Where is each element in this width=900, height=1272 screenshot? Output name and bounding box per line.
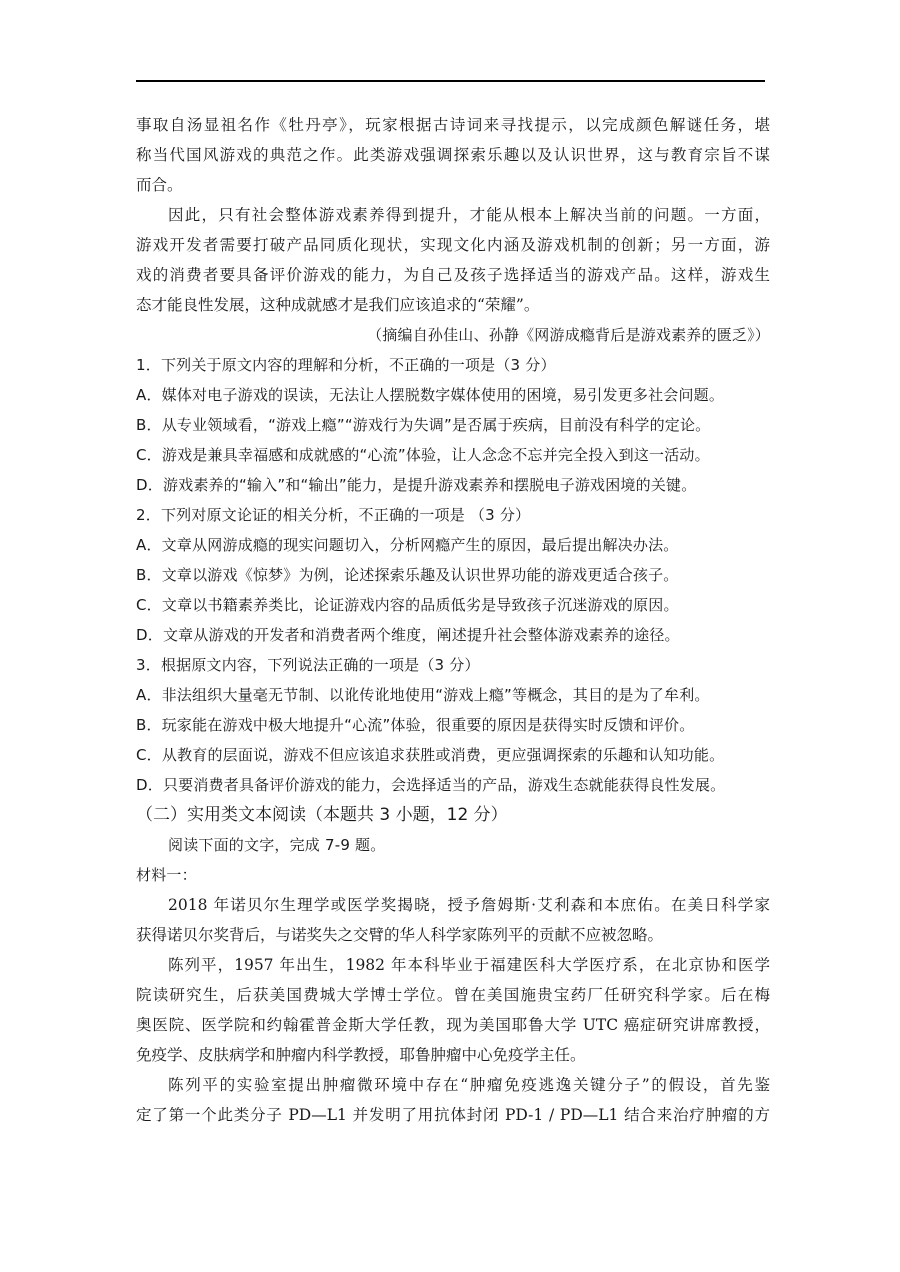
- material-line: 陈列平的实验室提出肿瘤微环境中存在“肿瘤免疫逃逸关键分子”的假设，首先鉴: [136, 1070, 770, 1100]
- section-title: （二）实用类文本阅读（本题共 3 小题，12 分）: [130, 800, 770, 830]
- question-3-option-c: C．从教育的层面说，游戏不但应该追求获胜或消费，更应强调探索的乐趣和认知功能。: [136, 740, 770, 770]
- question-2-stem: 2．下列对原文论证的相关分析，不正确的一项是 （3 分）: [136, 500, 770, 530]
- material-line: 2018 年诺贝尔生理学或医学奖揭晓，授予詹姆斯·艾利森和本庶佑。在美日科学家: [136, 890, 770, 920]
- question-3-option-a: A．非法组织大量毫无节制、以讹传讹地使用“游戏上瘾”等概念，其目的是为了牟利。: [136, 680, 770, 710]
- material-line: 免疫学、皮肤病学和肿瘤内科学教授，耶鲁肿瘤中心免疫学主任。: [136, 1040, 770, 1070]
- passage-line: 事取自汤显祖名作《牡丹亭》，玩家根据古诗词来寻找提示，以完成颜色解谜任务，堪: [136, 110, 770, 140]
- question-1-option-c: C．游戏是兼具幸福感和成就感的“心流”体验，让人念念不忘并完全投入到这一活动。: [136, 440, 770, 470]
- passage-line: 而合。: [136, 170, 770, 200]
- question-3-stem: 3．根据原文内容，下列说法正确的一项是（3 分）: [136, 650, 770, 680]
- question-3-option-b: B．玩家能在游戏中极大地提升“心流”体验，很重要的原因是获得实时反馈和评价。: [136, 710, 770, 740]
- material-line: 定了第一个此类分子 PD—L1 并发明了用抗体封闭 PD-1 / PD—L1 结…: [136, 1100, 770, 1130]
- question-2-option-b: B．文章以游戏《惊梦》为例，论述探索乐趣及认识世界功能的游戏更适合孩子。: [136, 560, 770, 590]
- passage-line: 戏的消费者要具备评价游戏的能力，为自己及孩子选择适当的游戏产品。这样，游戏生: [136, 260, 770, 290]
- material-line: 陈列平，1957 年出生，1982 年本科毕业于福建医科大学医疗系，在北京协和医…: [136, 950, 770, 980]
- passage-line: 称当代国风游戏的典范之作。此类游戏强调探索乐趣以及认识世界，这与教育宗旨不谋: [136, 140, 770, 170]
- question-2-option-c: C．文章以书籍素养类比，论证游戏内容的品质低劣是导致孩子沉迷游戏的原因。: [136, 590, 770, 620]
- material-line: 院读研究生，后获美国费城大学博士学位。曾在美国施贵宝药厂任研究科学家。后在梅: [136, 980, 770, 1010]
- passage-line: 态才能良性发展，这种成就感才是我们应该追求的“荣耀”。: [136, 290, 770, 320]
- page-content: 事取自汤显祖名作《牡丹亭》，玩家根据古诗词来寻找提示，以完成颜色解谜任务，堪 称…: [136, 110, 770, 1130]
- passage-source: （摘编自孙佳山、孙静《网游成瘾背后是游戏素养的匮乏》）: [136, 320, 770, 350]
- question-2-option-d: D．文章从游戏的开发者和消费者两个维度，阐述提升社会整体游戏素养的途径。: [136, 620, 770, 650]
- section-instruction: 阅读下面的文字，完成 7-9 题。: [136, 830, 770, 860]
- material-line: 获得诺贝尔奖背后，与诺奖失之交臂的华人科学家陈列平的贡献不应被忽略。: [136, 920, 770, 950]
- header-rule: [136, 80, 765, 82]
- exam-page: 事取自汤显祖名作《牡丹亭》，玩家根据古诗词来寻找提示，以完成颜色解谜任务，堪 称…: [0, 0, 900, 1272]
- question-3-option-d: D．只要消费者具备评价游戏的能力，会选择适当的产品，游戏生态就能获得良性发展。: [136, 770, 770, 800]
- question-1-option-b: B．从专业领域看，“游戏上瘾”“游戏行为失调”是否属于疾病，目前没有科学的定论。: [136, 410, 770, 440]
- question-1-option-d: D．游戏素养的“输入”和“输出”能力，是提升游戏素养和摆脱电子游戏困境的关键。: [136, 470, 770, 500]
- material-line: 奥医院、医学院和约翰霍普金斯大学任教，现为美国耶鲁大学 UTC 癌症研究讲席教授…: [136, 1010, 770, 1040]
- question-1-option-a: A．媒体对电子游戏的误读，无法让人摆脱数字媒体使用的困境，易引发更多社会问题。: [136, 380, 770, 410]
- question-2-option-a: A．文章从网游成瘾的现实问题切入，分析网瘾产生的原因，最后提出解决办法。: [136, 530, 770, 560]
- material-label: 材料一：: [136, 860, 770, 890]
- question-1-stem: 1．下列关于原文内容的理解和分析，不正确的一项是（3 分）: [136, 350, 770, 380]
- passage-line: 游戏开发者需要打破产品同质化现状，实现文化内涵及游戏机制的创新；另一方面，游: [136, 230, 770, 260]
- passage-line: 因此，只有社会整体游戏素养得到提升，才能从根本上解决当前的问题。一方面，: [136, 200, 770, 230]
